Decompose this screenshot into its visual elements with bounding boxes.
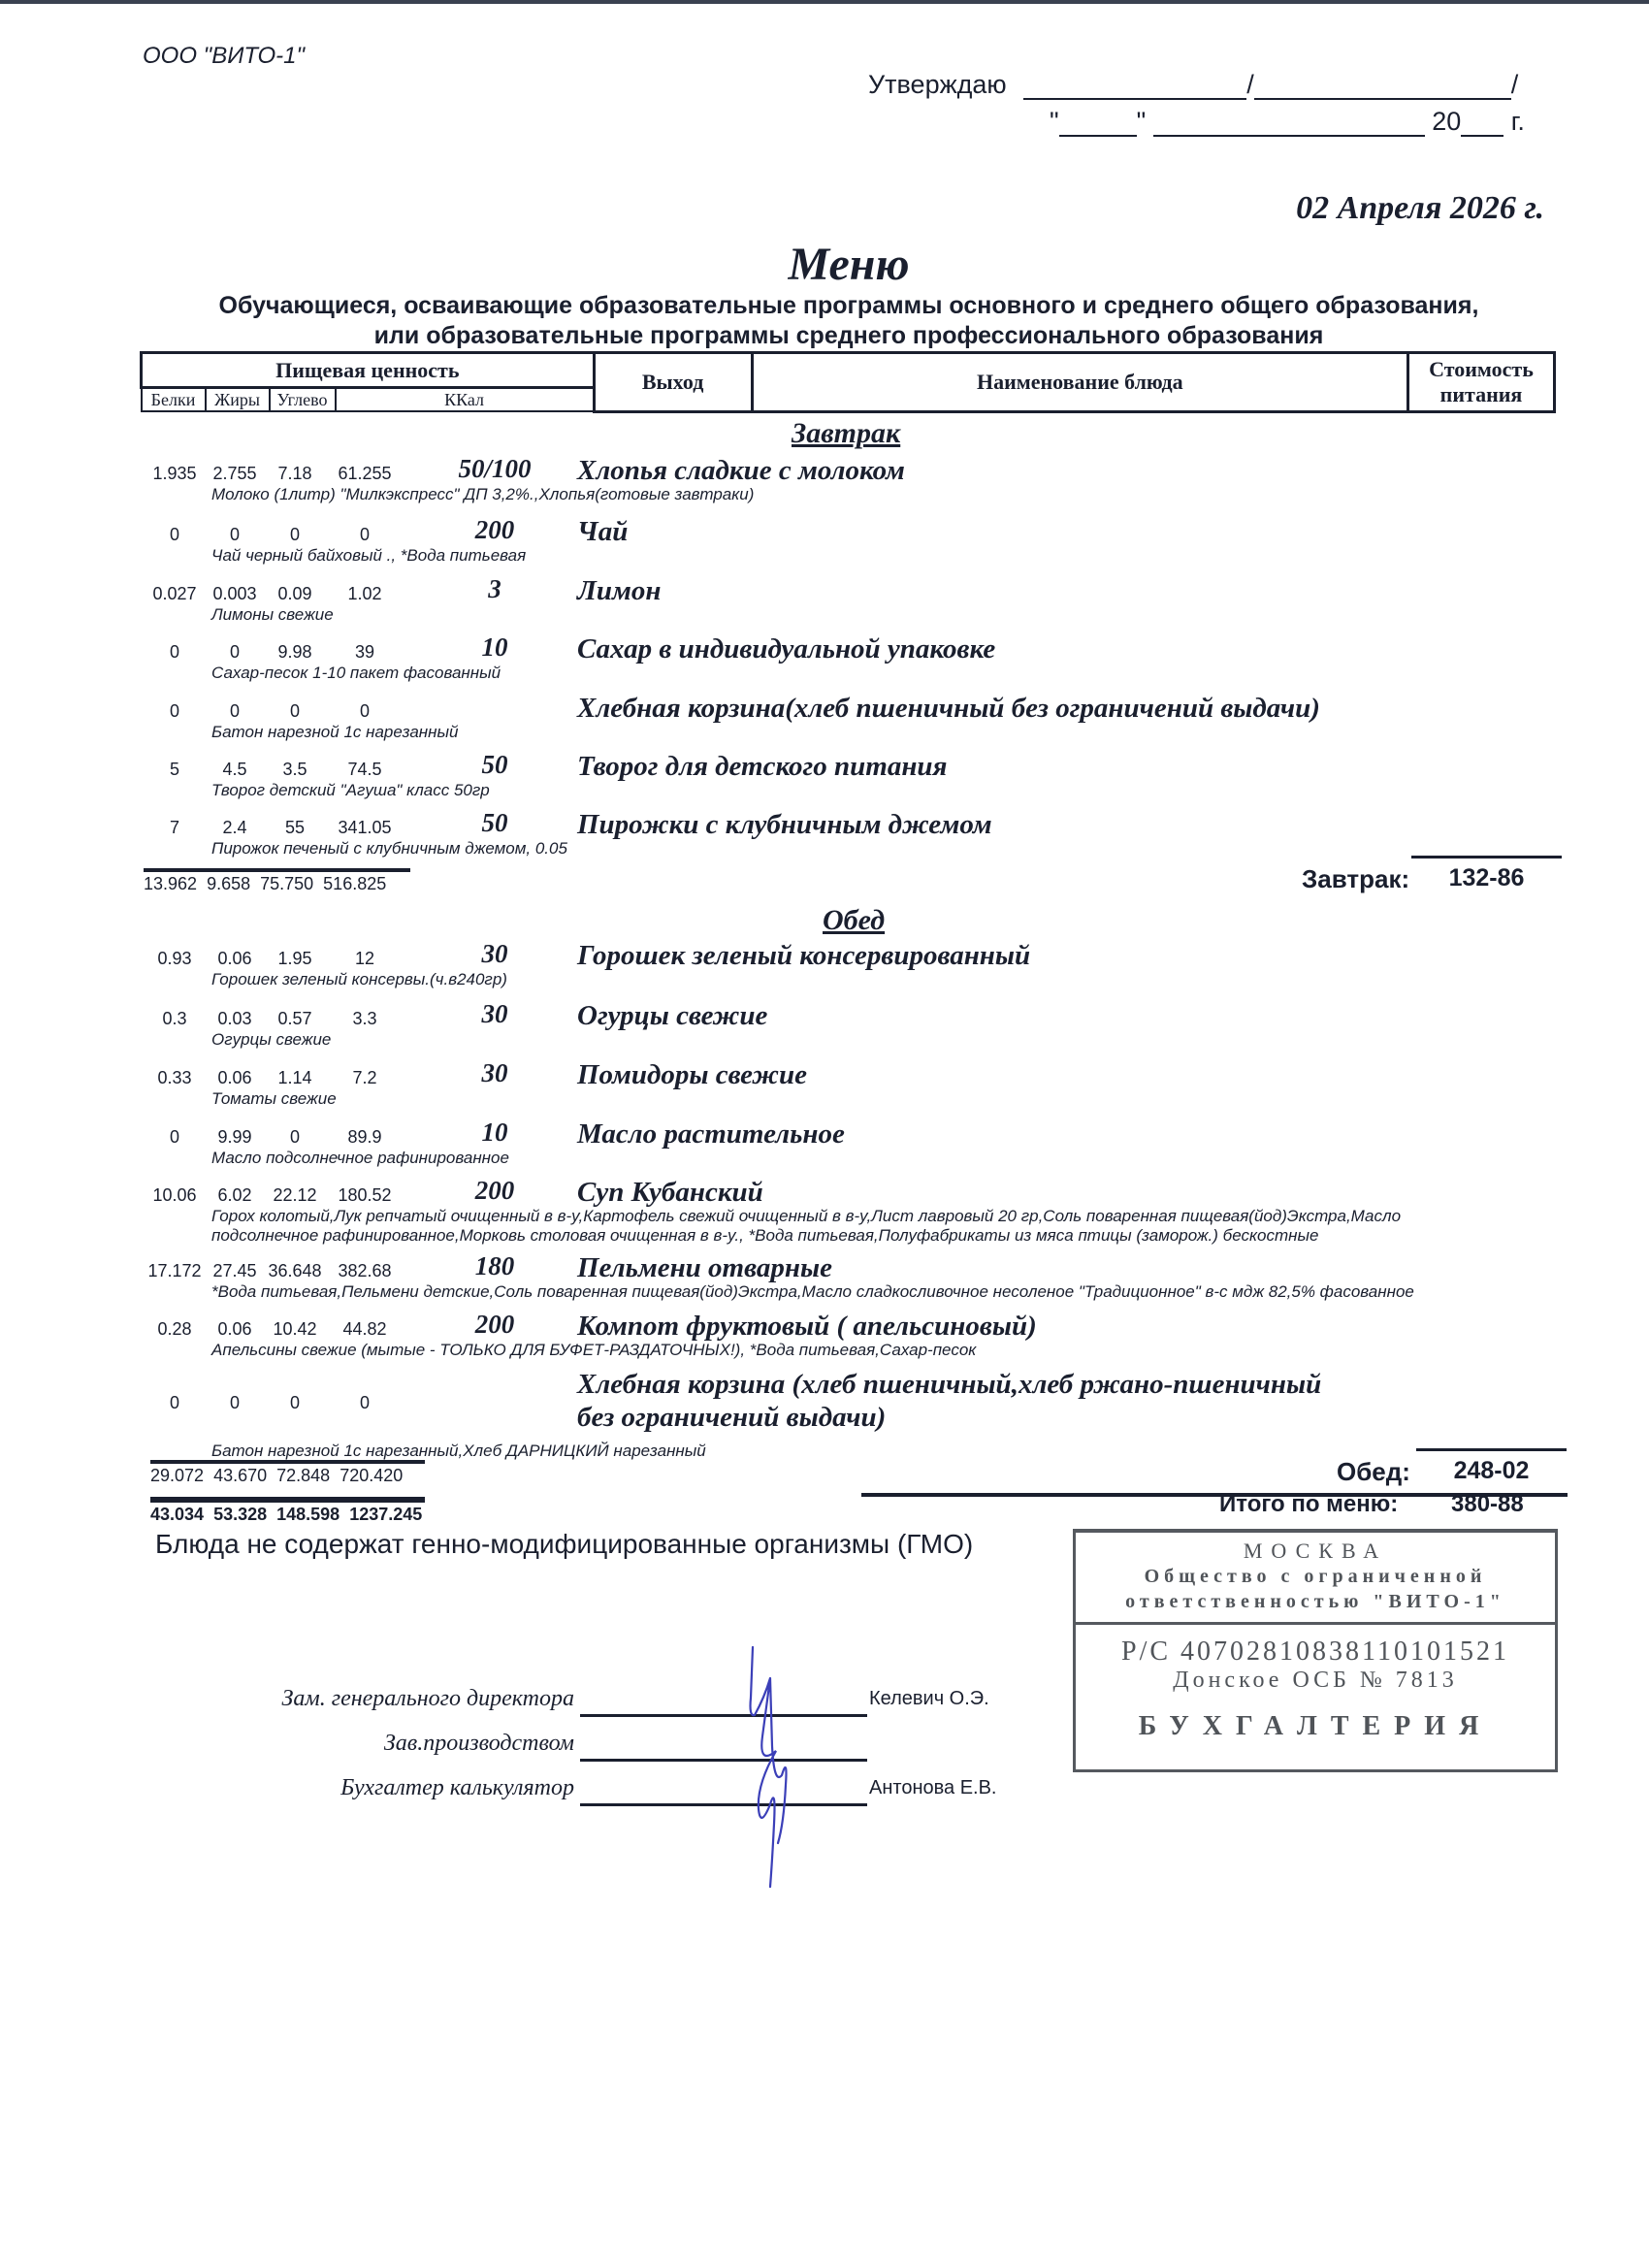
carbs-value: 22.12 bbox=[256, 1185, 334, 1206]
breakfast-summary-cost: 132-86 bbox=[1411, 856, 1562, 892]
approval-line: Утверждаю // bbox=[868, 70, 1518, 100]
menu-item-row: 0000200ЧайЧай черный байховый ., *Вода п… bbox=[136, 515, 1513, 554]
scan-border bbox=[0, 0, 1649, 4]
signatory-production-head-title: Зав.производством bbox=[186, 1731, 574, 1757]
cost-header: Стоимость питания bbox=[1408, 353, 1555, 412]
menu-item-row: 54.53.574.550Творог для детского питания… bbox=[136, 750, 1513, 789]
carbs-value: 1.95 bbox=[256, 949, 334, 969]
kcal-value: 89.9 bbox=[326, 1127, 404, 1148]
nutrition-header: Пищевая ценность bbox=[142, 353, 595, 388]
stamp-company-line1: Общество с ограниченной bbox=[1076, 1564, 1555, 1589]
year-prefix: 20 bbox=[1432, 107, 1461, 136]
dish-name: Хлебная корзина(хлеб пшеничный без огран… bbox=[577, 692, 1320, 725]
dish-name: Хлебная корзина (хлеб пшеничный,хлеб ржа… bbox=[577, 1368, 1321, 1434]
total-kcal: 1237.245 bbox=[349, 1505, 422, 1524]
signature-line bbox=[580, 1714, 867, 1717]
stamp-bank-account: Р/С 40702810838110101521 bbox=[1076, 1636, 1555, 1668]
dish-name-line: Хлебная корзина(хлеб пшеничный без огран… bbox=[577, 692, 1320, 725]
stamp-bank-branch: Донское ОСБ № 7813 bbox=[1076, 1668, 1555, 1694]
signatory-accountant-name: Антонова Е.В. bbox=[869, 1777, 996, 1799]
yield-value: 30 bbox=[436, 999, 553, 1029]
signatory-deputy-director-title: Зам. генерального директора bbox=[186, 1686, 574, 1712]
organization-name: ООО "ВИТО-1" bbox=[143, 43, 305, 70]
company-stamp: МОСКВА Общество с ограниченной ответстве… bbox=[1073, 1529, 1558, 1772]
ingredients-line: Апельсины свежие (мытые - ТОЛЬКО ДЛЯ БУФ… bbox=[211, 1341, 976, 1360]
section-breakfast-title: Завтрак bbox=[792, 417, 900, 450]
dish-name: Лимон bbox=[577, 574, 662, 607]
section-lunch-title: Обед bbox=[823, 904, 885, 937]
yield-value: 10 bbox=[436, 1118, 553, 1148]
dish-name: Компот фруктовый ( апельсиновый) bbox=[577, 1310, 1037, 1343]
kcal-value: 74.5 bbox=[326, 760, 404, 780]
dish-name: Помидоры свежие bbox=[577, 1058, 807, 1091]
page-subtitle: Обучающиеся, осваивающие образовательные… bbox=[194, 291, 1503, 351]
dish-ingredients: Батон нарезной 1с нарезанный bbox=[211, 723, 459, 742]
total-carbs: 72.848 bbox=[276, 1466, 330, 1485]
total-fat: 43.670 bbox=[213, 1466, 267, 1485]
kcal-value: 44.82 bbox=[326, 1319, 404, 1340]
yield-value: 30 bbox=[436, 1058, 553, 1088]
total-kcal: 516.825 bbox=[323, 874, 386, 893]
dish-ingredients: Горох колотый,Лук репчатый очищенный в в… bbox=[211, 1207, 1401, 1246]
carbs-value: 9.98 bbox=[256, 642, 334, 663]
ingredients-line: Томаты свежие bbox=[211, 1089, 337, 1109]
total-carbs: 148.598 bbox=[276, 1505, 339, 1524]
kcal-value: 0 bbox=[326, 701, 404, 722]
approve-label: Утверждаю bbox=[868, 70, 1007, 99]
yield-header: Выход bbox=[594, 353, 752, 412]
cost-header-line2: питания bbox=[1409, 382, 1553, 407]
menu-item-row: 009.983910Сахар в индивидуальной упаковк… bbox=[136, 632, 1513, 671]
ingredients-line: *Вода питьевая,Пельмени детские,Соль пов… bbox=[211, 1282, 1414, 1302]
dish-ingredients: Томаты свежие bbox=[211, 1089, 337, 1109]
carbs-value: 36.648 bbox=[256, 1261, 334, 1281]
dish-name: Чай bbox=[577, 515, 628, 548]
ingredients-line: подсолнечное рафинированное,Морковь стол… bbox=[211, 1226, 1401, 1246]
approval-date-line: "" 20 г. bbox=[1050, 107, 1525, 137]
kcal-value: 12 bbox=[326, 949, 404, 969]
ingredients-line: Сахар-песок 1-10 пакет фасованный bbox=[211, 664, 501, 683]
menu-item-row: 09.99089.910Масло растительноеМасло подс… bbox=[136, 1118, 1513, 1156]
ingredients-line: Батон нарезной 1с нарезанный bbox=[211, 723, 459, 742]
dish-ingredients: Сахар-песок 1-10 пакет фасованный bbox=[211, 664, 501, 683]
ingredients-line: Молоко (1литр) "Милкэкспресс" ДП 3,2%.,Х… bbox=[211, 485, 754, 504]
dish-ingredients: Огурцы свежие bbox=[211, 1030, 331, 1050]
kcal-value: 382.68 bbox=[326, 1261, 404, 1281]
yield-value: 10 bbox=[436, 632, 553, 663]
dish-name: Хлопья сладкие с молоком bbox=[577, 454, 905, 487]
dish-name: Горошек зеленый консервированный bbox=[577, 939, 1030, 972]
carbs-value: 0.09 bbox=[256, 584, 334, 604]
carbs-value: 3.5 bbox=[256, 760, 334, 780]
yield-value: 200 bbox=[436, 1176, 553, 1206]
dish-name-line: Пирожки с клубничным джемом bbox=[577, 808, 992, 841]
dish-ingredients: Пирожок печеный с клубничным джемом, 0.0… bbox=[211, 839, 567, 859]
yield-value: 200 bbox=[436, 515, 553, 545]
kcal-value: 341.05 bbox=[326, 818, 404, 838]
total-carbs: 75.750 bbox=[260, 874, 313, 893]
menu-item-row: 10.066.0222.12180.52200Суп КубанскийГоро… bbox=[136, 1176, 1513, 1215]
dish-name: Пирожки с клубничным джемом bbox=[577, 808, 992, 841]
dish-ingredients: Батон нарезной 1с нарезанный,Хлеб ДАРНИЦ… bbox=[211, 1442, 706, 1461]
menu-item-row: 17.17227.4536.648382.68180Пельмени отвар… bbox=[136, 1251, 1513, 1290]
dish-name-line: без ограничений выдачи) bbox=[577, 1401, 1321, 1434]
kcal-value: 7.2 bbox=[326, 1068, 404, 1088]
carbs-value: 10.42 bbox=[256, 1319, 334, 1340]
dish-name-line: Лимон bbox=[577, 574, 662, 607]
kcal-value: 39 bbox=[326, 642, 404, 663]
carbs-value: 0 bbox=[256, 1393, 334, 1413]
approver-name-field bbox=[1254, 73, 1511, 100]
dish-ingredients: Масло подсолнечное рафинированное bbox=[211, 1149, 509, 1168]
kcal-value: 180.52 bbox=[326, 1185, 404, 1206]
grand-total-cost: 380-88 bbox=[1451, 1491, 1524, 1518]
kcal-value: 0 bbox=[326, 525, 404, 545]
yield-value: 50 bbox=[436, 750, 553, 780]
dish-name: Суп Кубанский bbox=[577, 1176, 763, 1209]
carbs-header: Углево bbox=[270, 388, 336, 412]
carbs-value: 0 bbox=[256, 525, 334, 545]
menu-item-row: 0.280.0610.4244.82200Компот фруктовый ( … bbox=[136, 1310, 1513, 1348]
lunch-summary-label: Обед: bbox=[1337, 1457, 1410, 1487]
signatory-deputy-director-name: Келевич О.Э. bbox=[869, 1688, 989, 1710]
stamp-department: БУХГАЛТЕРИЯ bbox=[1076, 1711, 1555, 1742]
ingredients-line: Чай черный байховый ., *Вода питьевая bbox=[211, 546, 526, 566]
dish-ingredients: Чай черный байховый ., *Вода питьевая bbox=[211, 546, 526, 566]
stamp-company-line2: ответственностью "ВИТО-1" bbox=[1076, 1589, 1555, 1614]
dish-ingredients: Творог детский "Агуша" класс 50гр bbox=[211, 781, 490, 800]
page-title: Меню bbox=[0, 238, 1649, 291]
dish-name-line: Компот фруктовый ( апельсиновый) bbox=[577, 1310, 1037, 1343]
yield-value: 200 bbox=[436, 1310, 553, 1340]
approver-signature-field bbox=[1023, 73, 1246, 100]
document-date: 02 Апреля 2026 г. bbox=[1296, 190, 1544, 227]
menu-item-row: 0000Хлебная корзина (хлеб пшеничный,хлеб… bbox=[136, 1368, 1513, 1407]
carbs-value: 7.18 bbox=[256, 464, 334, 484]
breakfast-nutrition-totals: 13.9629.65875.750516.825 bbox=[144, 868, 410, 894]
lunch-nutrition-totals: 29.07243.67072.848720.420 bbox=[150, 1460, 425, 1486]
quote-close: " bbox=[1137, 107, 1147, 136]
ingredients-line: Пирожок печеный с клубничным джемом, 0.0… bbox=[211, 839, 567, 859]
menu-table-header: Пищевая ценность Выход Наименование блюд… bbox=[140, 351, 1556, 413]
menu-item-row: 0.30.030.573.330Огурцы свежиеОгурцы свеж… bbox=[136, 999, 1513, 1038]
dish-name: Масло растительное bbox=[577, 1118, 845, 1150]
dish-name-line: Творог для детского питания bbox=[577, 750, 948, 783]
carbs-value: 1.14 bbox=[256, 1068, 334, 1088]
dish-ingredients: Горошек зеленый консервы.(ч.в240гр) bbox=[211, 970, 507, 989]
protein-header: Белки bbox=[142, 388, 206, 412]
dish-name-line: Хлопья сладкие с молоком bbox=[577, 454, 905, 487]
yield-value: 180 bbox=[436, 1251, 553, 1281]
stamp-city: МОСКВА bbox=[1076, 1539, 1555, 1564]
carbs-value: 0 bbox=[256, 1127, 334, 1148]
yield-value: 30 bbox=[436, 939, 553, 969]
carbs-value: 0.57 bbox=[256, 1009, 334, 1029]
total-protein: 43.034 bbox=[150, 1505, 204, 1524]
signature-line bbox=[580, 1759, 867, 1762]
stamp-divider bbox=[1076, 1622, 1555, 1625]
total-fat: 53.328 bbox=[213, 1505, 267, 1524]
dish-name: Сахар в индивидуальной упаковке bbox=[577, 632, 995, 665]
dish-name: Творог для детского питания bbox=[577, 750, 948, 783]
year-suffix: г. bbox=[1511, 107, 1525, 136]
kcal-value: 61.255 bbox=[326, 464, 404, 484]
quote-open: " bbox=[1050, 107, 1059, 136]
menu-item-row: 1.9352.7557.1861.25550/100Хлопья сладкие… bbox=[136, 454, 1513, 493]
total-protein: 13.962 bbox=[144, 874, 197, 893]
kcal-value: 3.3 bbox=[326, 1009, 404, 1029]
ingredients-line: Лимоны свежие bbox=[211, 605, 334, 625]
dish-name-line: Сахар в индивидуальной упаковке bbox=[577, 632, 995, 665]
breakfast-summary-label: Завтрак: bbox=[1302, 864, 1409, 894]
total-kcal: 720.420 bbox=[339, 1466, 403, 1485]
yield-value: 50 bbox=[436, 808, 553, 838]
dish-name-line: Чай bbox=[577, 515, 628, 548]
yield-value: 50/100 bbox=[436, 454, 553, 484]
carbs-value: 55 bbox=[256, 818, 334, 838]
gmo-note: Блюда не содержат генно-модифицированные… bbox=[155, 1529, 973, 1560]
ingredients-line: Масло подсолнечное рафинированное bbox=[211, 1149, 509, 1168]
kcal-header: ККал bbox=[336, 388, 595, 412]
dish-ingredients: Лимоны свежие bbox=[211, 605, 334, 625]
ingredients-line: Огурцы свежие bbox=[211, 1030, 331, 1050]
dish-ingredients: Молоко (1литр) "Милкэкспресс" ДП 3,2%.,Х… bbox=[211, 485, 754, 504]
handwritten-signature-icon bbox=[737, 1639, 815, 1892]
menu-item-row: 0.0270.0030.091.023ЛимонЛимоны свежие bbox=[136, 574, 1513, 613]
month-field bbox=[1153, 110, 1425, 137]
dish-name-line: Помидоры свежие bbox=[577, 1058, 807, 1091]
dish-name-line: Огурцы свежие bbox=[577, 999, 767, 1032]
carbs-value: 0 bbox=[256, 701, 334, 722]
slash: / bbox=[1246, 70, 1254, 99]
menu-item-row: 72.455341.0550Пирожки с клубничным джемо… bbox=[136, 808, 1513, 847]
year-field bbox=[1461, 110, 1503, 137]
signatory-accountant-title: Бухгалтер калькулятор bbox=[186, 1775, 574, 1801]
dish-name-line: Хлебная корзина (хлеб пшеничный,хлеб ржа… bbox=[577, 1368, 1321, 1401]
ingredients-line: Батон нарезной 1с нарезанный,Хлеб ДАРНИЦ… bbox=[211, 1442, 706, 1461]
dish-name-header: Наименование блюда bbox=[752, 353, 1407, 412]
menu-item-row: 0000Хлебная корзина(хлеб пшеничный без о… bbox=[136, 692, 1513, 730]
dish-name: Огурцы свежие bbox=[577, 999, 767, 1032]
lunch-summary-cost: 248-02 bbox=[1416, 1448, 1567, 1485]
signature-line bbox=[580, 1803, 867, 1806]
kcal-value: 0 bbox=[326, 1393, 404, 1413]
ingredients-line: Творог детский "Агуша" класс 50гр bbox=[211, 781, 490, 800]
dish-ingredients: *Вода питьевая,Пельмени детские,Соль пов… bbox=[211, 1282, 1414, 1302]
fat-header: Жиры bbox=[206, 388, 270, 412]
ingredients-line: Горох колотый,Лук репчатый очищенный в в… bbox=[211, 1207, 1401, 1226]
ingredients-line: Горошек зеленый консервы.(ч.в240гр) bbox=[211, 970, 507, 989]
slash: / bbox=[1511, 70, 1519, 99]
dish-name: Пельмени отварные bbox=[577, 1251, 832, 1284]
total-fat: 9.658 bbox=[207, 874, 250, 893]
dish-ingredients: Апельсины свежие (мытые - ТОЛЬКО ДЛЯ БУФ… bbox=[211, 1341, 976, 1360]
cost-header-line1: Стоимость bbox=[1409, 357, 1553, 382]
dish-name-line: Горошек зеленый консервированный bbox=[577, 939, 1030, 972]
dish-name-line: Масло растительное bbox=[577, 1118, 845, 1150]
menu-item-row: 0.330.061.147.230Помидоры свежиеТоматы с… bbox=[136, 1058, 1513, 1097]
menu-item-row: 0.930.061.951230Горошек зеленый консерви… bbox=[136, 939, 1513, 978]
grand-nutrition-totals: 43.03453.328148.5981237.245 bbox=[150, 1497, 425, 1525]
total-protein: 29.072 bbox=[150, 1466, 204, 1485]
day-field bbox=[1059, 110, 1137, 137]
kcal-value: 1.02 bbox=[326, 584, 404, 604]
dish-name-line: Суп Кубанский bbox=[577, 1176, 763, 1209]
dish-name-line: Пельмени отварные bbox=[577, 1251, 832, 1284]
grand-total-label: Итого по меню: bbox=[1219, 1491, 1398, 1518]
yield-value: 3 bbox=[436, 574, 553, 604]
